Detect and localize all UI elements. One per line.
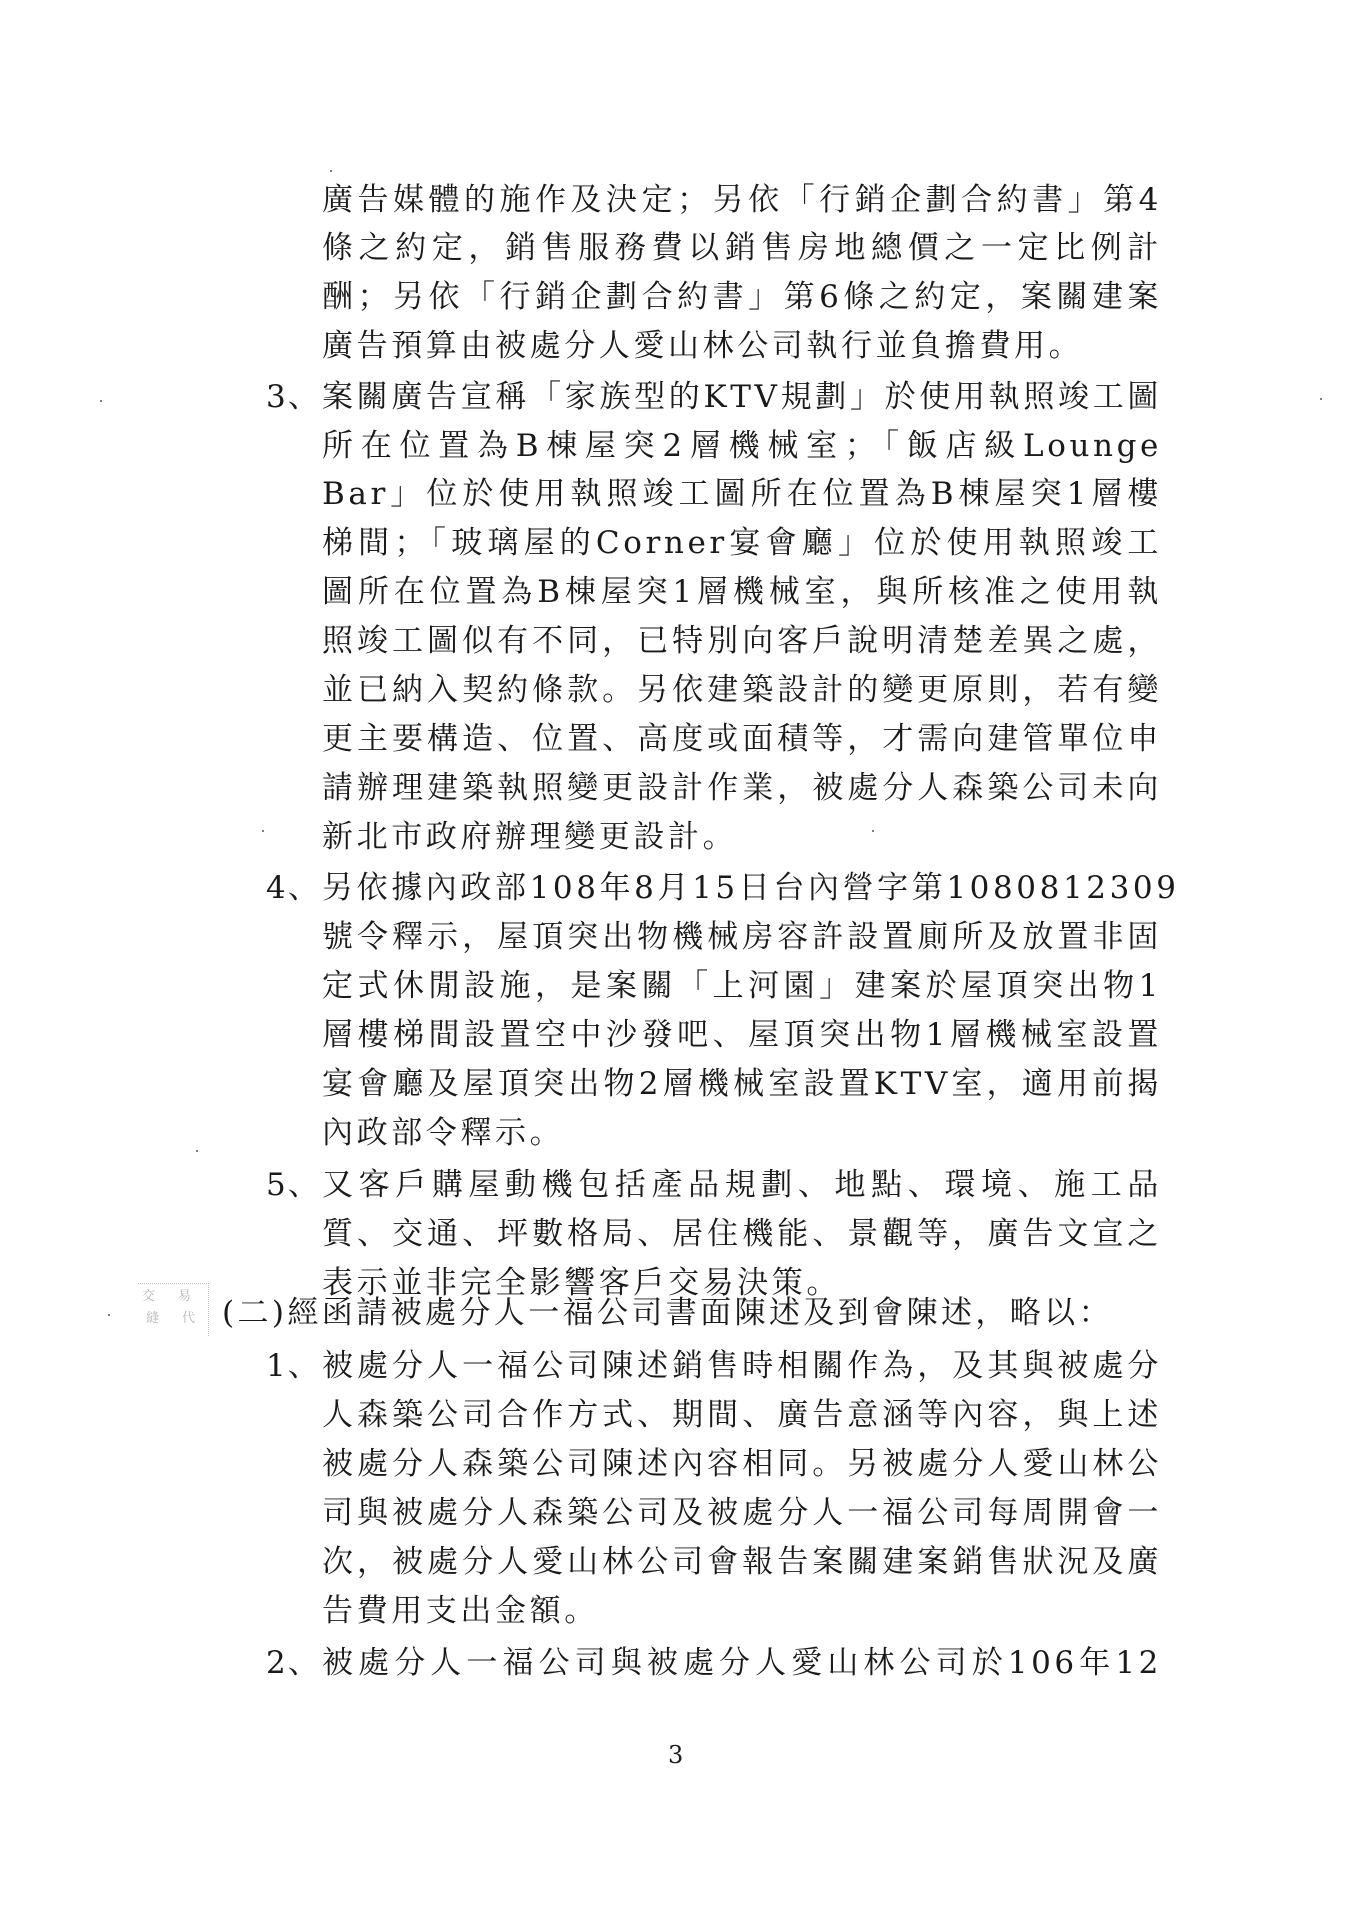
text-line: 又客戶購屋動機包括產品規劃、地點、環境、施工品 [322, 1165, 1162, 1205]
text-line: 號令釋示，屋頂突出物機械房容許設置廁所及放置非固 [322, 917, 1162, 957]
text-line: 條之約定，銷售服務費以銷售房地總價之一定比例計 [322, 228, 1162, 268]
scan-speck [196, 1150, 198, 1152]
stamp-char: 縫 [146, 1312, 159, 1326]
text-line: 照竣工圖似有不同，已特別向客戶說明清楚差異之處， [322, 621, 1162, 661]
stamp-char: 代 [182, 1312, 195, 1326]
text-line: 廣告媒體的施作及決定；另依「行銷企劃合約書」第4 [322, 180, 1162, 220]
item-number: 4、 [266, 868, 321, 908]
text-line: 酬；另依「行銷企劃合約書」第6條之約定，案關建案 [322, 277, 1162, 317]
section-heading: (二)經函請被處分人一福公司書面陳述及到會陳述，略以： [222, 1293, 1113, 1333]
item-number: 2、 [266, 1643, 321, 1683]
scan-speck [1320, 398, 1322, 400]
scan-speck [872, 830, 874, 832]
text-line: 案關廣告宣稱「家族型的KTV規劃」於使用執照竣工圖 [322, 377, 1162, 417]
text-line: 廣告預算由被處分人愛山林公司執行並負擔費用。 [322, 326, 1162, 366]
stamp-char: 交 [142, 1290, 155, 1304]
text-line: 另依據內政部108年8月15日台內營字第1080812309 [322, 868, 1162, 908]
text-line: 新北市政府辦理變更設計。 [322, 817, 1162, 857]
scan-speck [108, 1314, 110, 1316]
page-number: 3 [668, 1740, 683, 1770]
text-line: 人森築公司合作方式、期間、廣告意涵等內容，與上述 [322, 1395, 1162, 1435]
text-line: 內政部令釋示。 [322, 1113, 1162, 1153]
text-line: 被處分人一福公司陳述銷售時相關作為，及其與被處分 [322, 1346, 1162, 1386]
item-number: 1、 [266, 1346, 321, 1386]
text-line: 層樓梯間設置空中沙發吧、屋頂突出物1層機械室設置 [322, 1015, 1162, 1055]
scan-speck [330, 170, 332, 172]
text-line: 並已納入契約條款。另依建築設計的變更原則，若有變 [322, 670, 1162, 710]
text-line: 定式休閒設施，是案關「上河園」建案於屋頂突出物1 [322, 966, 1162, 1006]
text-line: 質、交通、坪數格局、居住機能、景觀等，廣告文宣之 [322, 1214, 1162, 1254]
text-line: 梯間；「玻璃屋的Corner宴會廳」位於使用執照竣工 [322, 523, 1162, 563]
text-line: 被處分人一福公司與被處分人愛山林公司於106年12 [322, 1643, 1162, 1683]
seal-stamp: 交 易 縫 代 [138, 1283, 209, 1336]
text-line: 司與被處分人森築公司及被處分人一福公司每周開會一 [322, 1493, 1162, 1533]
text-line: 更主要構造、位置、高度或面積等，才需向建管單位申 [322, 719, 1162, 759]
scan-speck [262, 830, 264, 832]
item-number: 3、 [266, 377, 321, 417]
document-page: 廣告媒體的施作及決定；另依「行銷企劃合約書」第4 條之約定，銷售服務費以銷售房地… [0, 0, 1357, 1920]
text-line: Bar」位於使用執照竣工圖所在位置為B棟屋突1層樓 [322, 474, 1162, 514]
item-number: 5、 [266, 1165, 321, 1205]
text-line: 被處分人森築公司陳述內容相同。另被處分人愛山林公 [322, 1444, 1162, 1484]
text-line: 所在位置為B棟屋突2層機械室；「飯店級Lounge [322, 426, 1162, 466]
text-line: 宴會廳及屋頂突出物2層機械室設置KTV室，適用前揭 [322, 1064, 1162, 1104]
text-line: 次，被處分人愛山林公司會報告案關建案銷售狀況及廣 [322, 1542, 1162, 1582]
text-line: 圖所在位置為B棟屋突1層機械室，與所核准之使用執 [322, 572, 1162, 612]
scan-speck [100, 400, 102, 402]
text-line: 告費用支出金額。 [322, 1591, 1162, 1631]
stamp-char: 易 [178, 1290, 191, 1304]
text-line: 請辦理建築執照變更設計作業，被處分人森築公司未向 [322, 768, 1162, 808]
